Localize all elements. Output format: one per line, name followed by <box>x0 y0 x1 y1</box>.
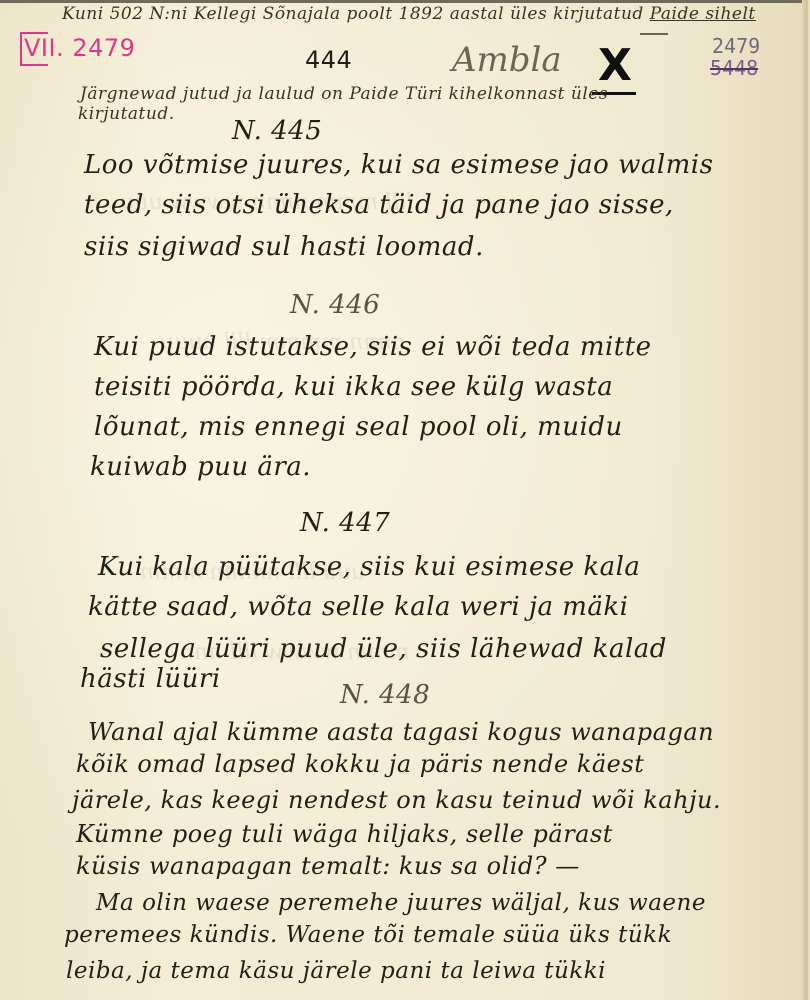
entry-line: Wanal ajal kümme aasta tagasi kogus wana… <box>88 718 714 746</box>
header-number-mark: N:ni <box>149 4 187 24</box>
entry-line: kätte saad, wõta selle kala weri ja mäki <box>88 592 629 622</box>
page-top-edge <box>0 0 810 3</box>
overline-mark <box>640 33 668 35</box>
entry-line: Kümne poeg tuli wäga hiljaks, selle pära… <box>76 820 613 848</box>
entry-line: hästi lüüri <box>80 664 221 694</box>
entry-line: peremees kündis. Waene tõi temale süüa ü… <box>64 922 672 948</box>
header-note: Kuni 502 N:ni Kellegi Sõnajala poolt 189… <box>62 4 756 24</box>
entry-line: Kui kala püütakse, siis kui esimese kala <box>98 552 640 582</box>
entry-line: teisiti pöörda, kui ikka see külg wasta <box>94 372 613 402</box>
entry-line: küsis wanapagan temalt: kus sa olid? — <box>76 852 580 880</box>
header-place: Paide sihelt <box>650 4 756 24</box>
header-text: Kellegi Sõnajala poolt 1892 aastal üles … <box>194 4 644 24</box>
header-prefix: Kuni 502 <box>62 4 144 24</box>
entry-line: kuiwab puu ära. <box>90 452 311 482</box>
entry-line: leiba, ja tema käsu järele pani ta leiwa… <box>66 958 606 984</box>
stamp-number-top: 2479 <box>712 34 760 58</box>
archive-mark: VII. 2479 <box>24 34 135 62</box>
entry-heading: N. 447 <box>300 508 390 538</box>
page-number: 444 <box>305 46 352 74</box>
entry-line: siis sigiwad sul hasti loomad. <box>84 232 484 262</box>
manuscript-page: llll mmm nnnn wwww uuu nnnn mmmm llll uu… <box>0 0 810 1000</box>
page-binding-edge <box>802 0 810 1000</box>
parish-title: Ambla <box>452 40 562 80</box>
entry-heading: N. 448 <box>340 680 430 710</box>
entry-line: Ma olin waese peremehe juures wäljal, ku… <box>96 890 706 916</box>
intro-line: Järgnewad jutud ja laulud on Paide Türi … <box>80 84 608 104</box>
entry-line: lõunat, mis ennegi seal pool oli, muidu <box>94 412 623 442</box>
entry-line: kõik omad lapsed kokku ja päris nende kä… <box>76 750 644 778</box>
entry-line: teed, siis otsi üheksa täid ja pane jao … <box>84 190 674 220</box>
entry-line: Loo võtmise juures, kui sa esimese jao w… <box>84 150 713 180</box>
entry-line: sellega lüüri puud üle, siis lähewad kal… <box>100 634 667 664</box>
entry-heading: N. 445 <box>232 116 322 146</box>
stamp-number-struck: 5448 <box>710 56 758 80</box>
entry-line: järele, kas keegi nendest on kasu teinud… <box>72 786 721 814</box>
intro-line: kirjutatud. <box>78 104 175 124</box>
entry-heading: N. 446 <box>290 290 380 320</box>
entry-line: Kui puud istutakse, siis ei wõi teda mit… <box>94 332 652 362</box>
